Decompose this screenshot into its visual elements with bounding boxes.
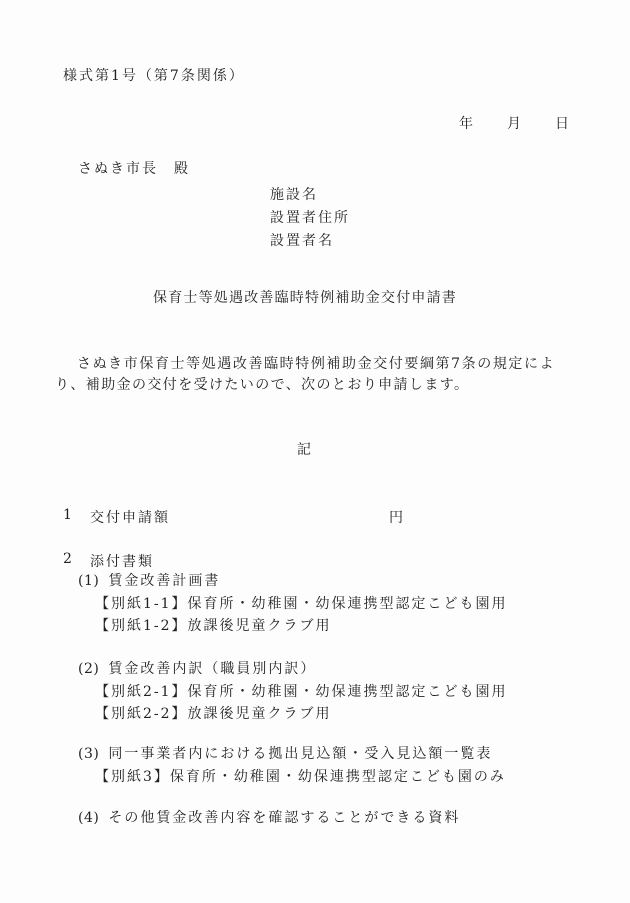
attachments-header-row: 2 添付書類	[0, 551, 630, 569]
attachment-group-3: (3)同一事業者内における拠出見込額・受入見込額一覧表	[78, 746, 492, 763]
applicant-fields-block: 施設名 設置者住所 設置者名	[270, 184, 350, 253]
attachment-item-3-1: 【別紙3】保育所・幼稚園・幼保連携型認定こども園のみ	[95, 769, 506, 786]
group-2-marker: (2)	[78, 661, 99, 677]
facility-name-label: 施設名	[270, 184, 350, 207]
attachment-group-4: (4)その他賃金改善内容を確認することができる資料	[78, 810, 460, 827]
group-3-marker: (3)	[78, 746, 99, 762]
group-1-marker: (1)	[78, 573, 99, 589]
attachment-item-2-1: 【別紙2-1】保育所・幼稚園・幼保連携型認定こども園用	[95, 684, 508, 701]
attachment-item-2-2: 【別紙2-2】放課後児童クラブ用	[95, 706, 332, 723]
date-line: 年 月 日	[459, 116, 571, 133]
item2-label: 添付書類	[90, 551, 154, 571]
group-2-title: 賃金改善内訳（職員別内訳）	[108, 661, 316, 677]
item1-number: 1	[63, 507, 74, 523]
document-title: 保育士等処遇改善臨時特例補助金交付申請書	[0, 290, 610, 307]
founder-address-label: 設置者住所	[270, 207, 350, 230]
form-number: 様式第1号（第7条関係）	[63, 68, 245, 85]
group-4-title: その他賃金改善内容を確認することができる資料	[108, 810, 460, 826]
document-page: 様式第1号（第7条関係） 年 月 日 さぬき市長 殿 施設名 設置者住所 設置者…	[0, 0, 630, 903]
group-1-title: 賃金改善計画書	[108, 573, 220, 589]
group-3-title: 同一事業者内における拠出見込額・受入見込額一覧表	[108, 746, 492, 762]
group-4-marker: (4)	[78, 810, 99, 826]
addressee-line: さぬき市長 殿	[78, 161, 190, 178]
body-paragraph: さぬき市保育士等処遇改善臨時特例補助金交付要綱第7条の規定により、補助金の交付を…	[55, 354, 555, 395]
item2-number: 2	[63, 551, 74, 567]
record-marker: 記	[0, 442, 610, 459]
founder-name-label: 設置者名	[270, 230, 350, 253]
attachment-group-1: (1)賃金改善計画書	[78, 573, 220, 590]
attachment-item-1-2: 【別紙1-2】放課後児童クラブ用	[95, 618, 332, 635]
item1-label: 交付申請額	[90, 507, 170, 527]
application-amount-row: 1 交付申請額 円	[0, 507, 630, 525]
attachment-item-1-1: 【別紙1-1】保育所・幼稚園・幼保連携型認定こども園用	[95, 596, 508, 613]
attachment-group-2: (2)賃金改善内訳（職員別内訳）	[78, 661, 316, 678]
amount-unit-yen: 円	[389, 507, 405, 527]
